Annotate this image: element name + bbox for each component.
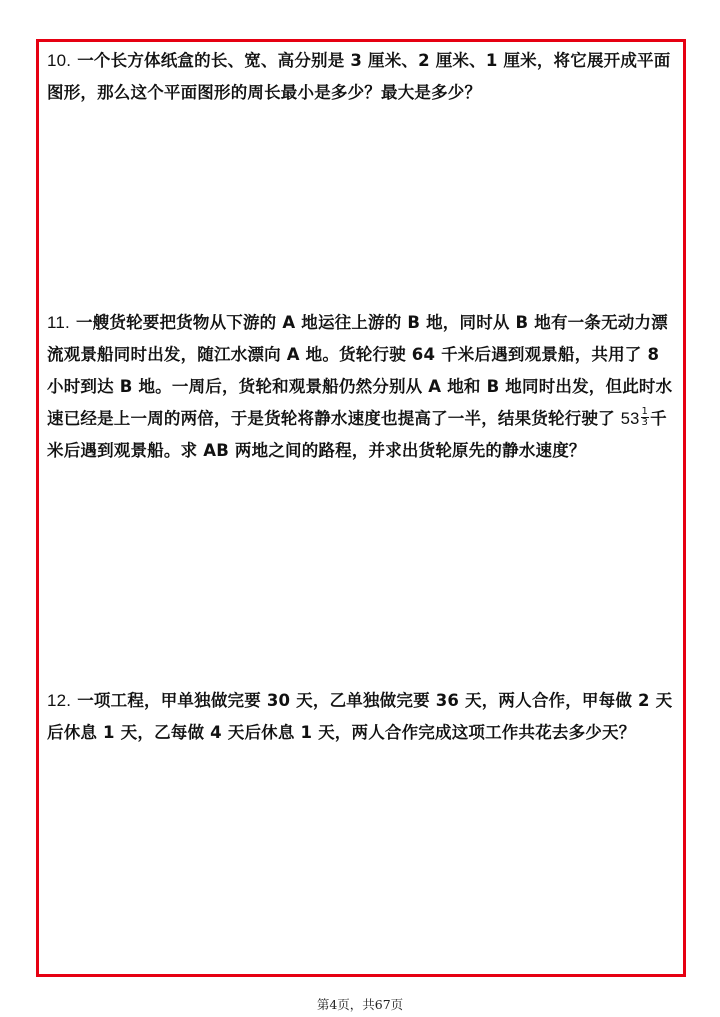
- question-10: 10.一个长方体纸盒的长、宽、高分别是 3 厘米、2 厘米、1 厘米，将它展开成…: [47, 45, 675, 109]
- question-number: 11.: [47, 313, 70, 332]
- question-text: 一项工程，甲单独做完要 30 天，乙单独做完要 36 天，两人合作，甲每做 2 …: [47, 691, 672, 742]
- question-number: 10.: [47, 51, 71, 70]
- page-footer: 第4页，共67页: [0, 995, 720, 1013]
- mixed-number-whole: 53: [621, 410, 640, 428]
- question-12: 12.一项工程，甲单独做完要 30 天，乙单独做完要 36 天，两人合作，甲每做…: [47, 685, 675, 749]
- question-text: 一个长方体纸盒的长、宽、高分别是 3 厘米、2 厘米、1 厘米，将它展开成平面图…: [47, 51, 670, 102]
- fraction-denominator: 3: [641, 418, 650, 428]
- fraction: 13: [641, 407, 650, 428]
- question-text-part-1: 一艘货轮要把货物从下游的 A 地运往上游的 B 地，同时从 B 地有一条无动力漂…: [47, 313, 672, 428]
- question-11: 11.一艘货轮要把货物从下游的 A 地运往上游的 B 地，同时从 B 地有一条无…: [47, 307, 675, 467]
- worksheet-frame: 10.一个长方体纸盒的长、宽、高分别是 3 厘米、2 厘米、1 厘米，将它展开成…: [36, 39, 686, 977]
- question-number: 12.: [47, 691, 71, 710]
